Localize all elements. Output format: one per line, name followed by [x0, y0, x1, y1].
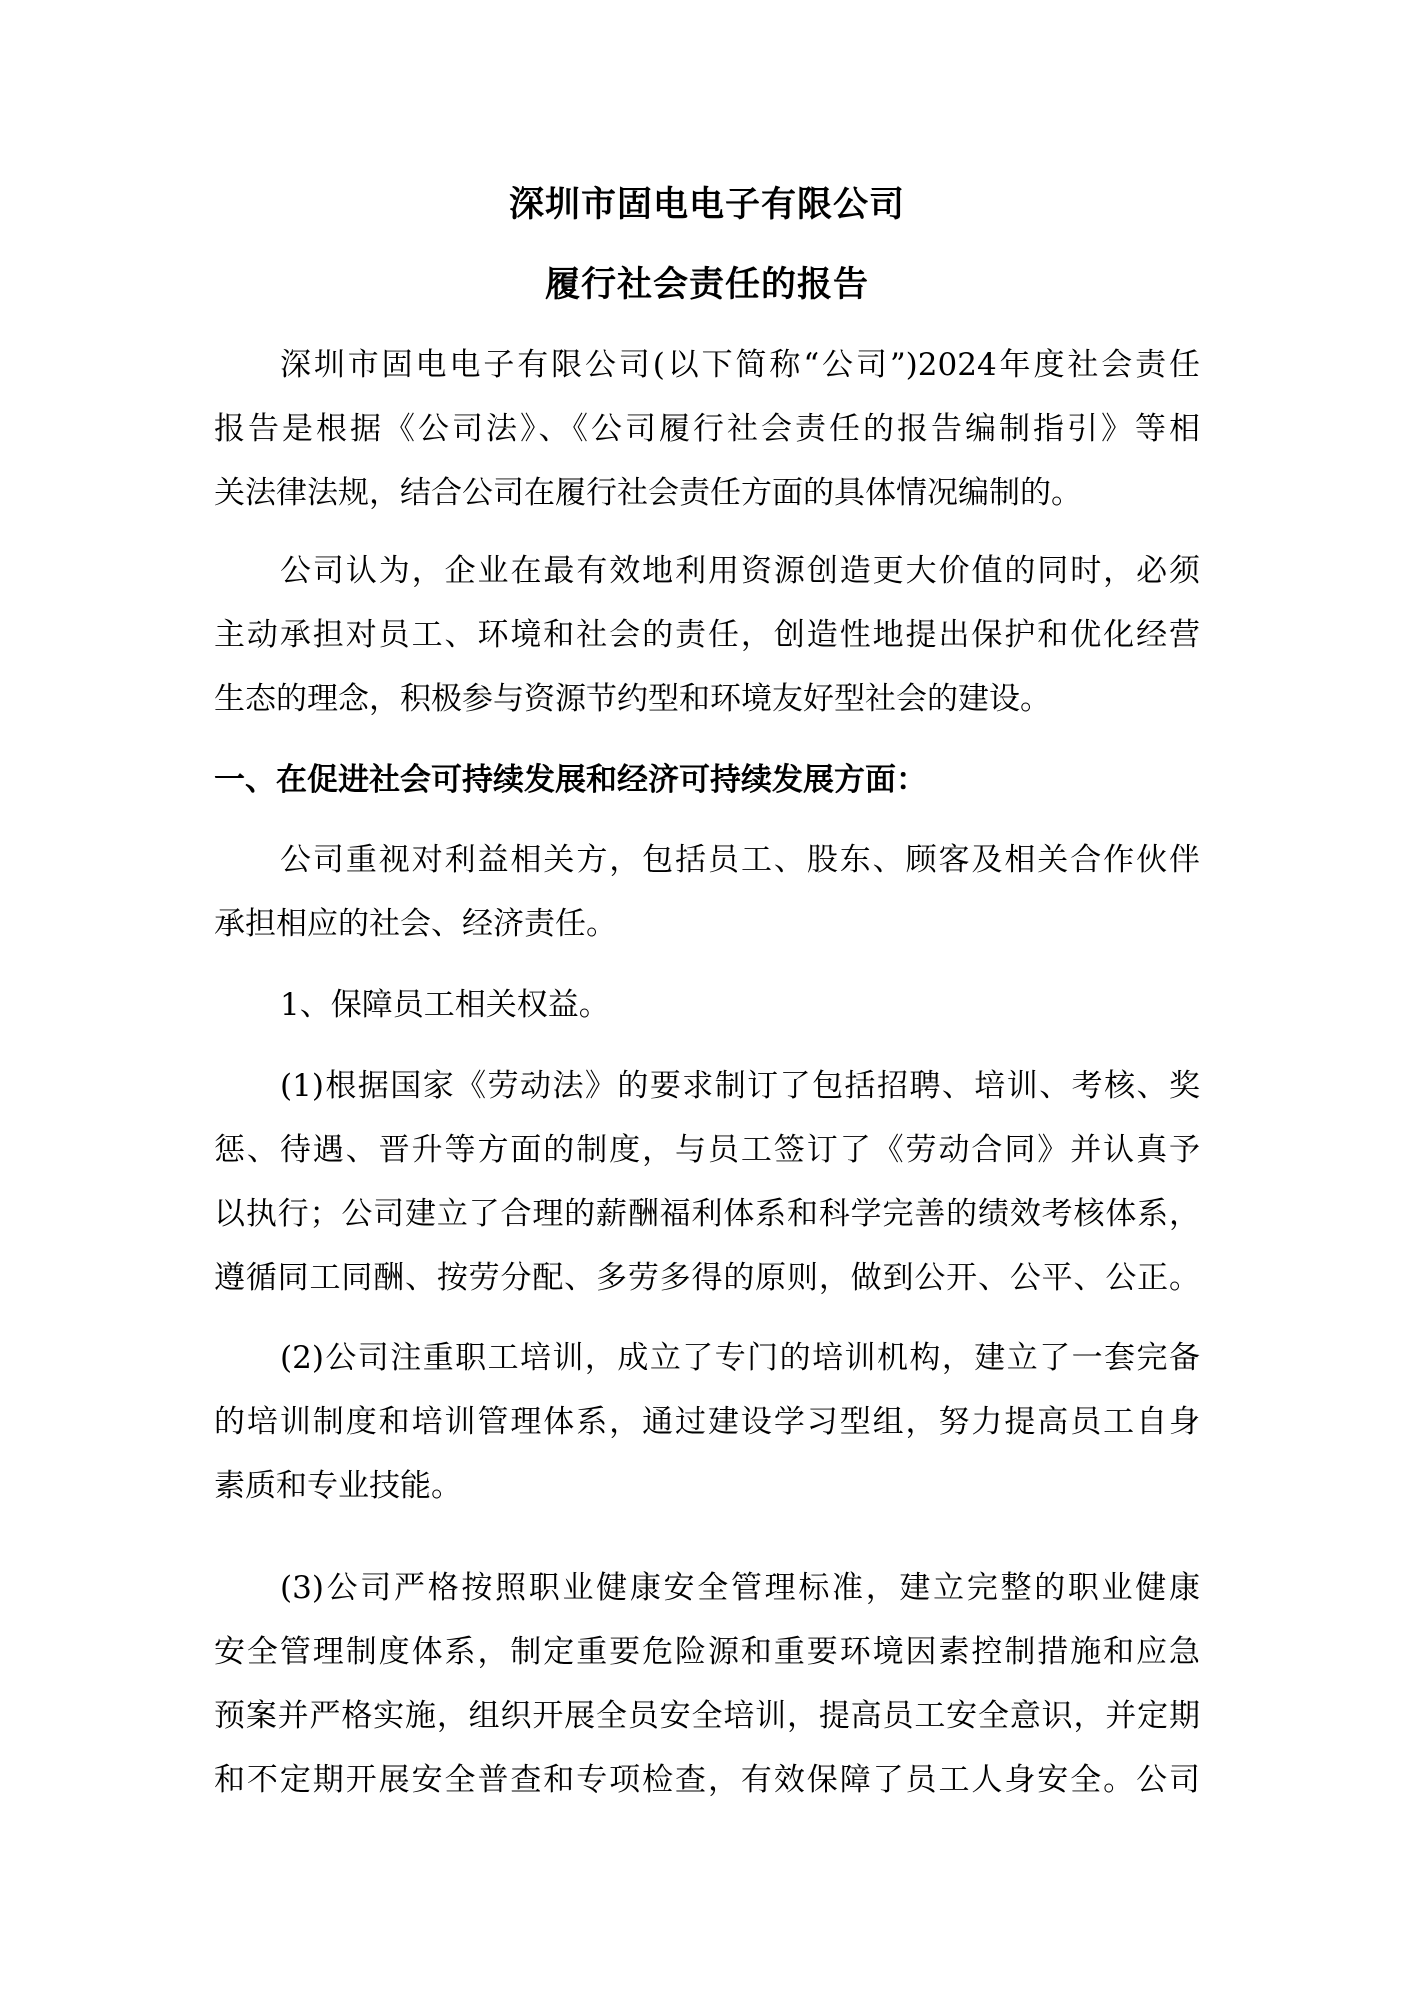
item-2-line-3: 素质和专业技能。 [214, 1466, 1200, 1506]
paragraph-2-line-1: 公司认为，企业在最有效地利用资源创造更大价值的同时，必须 [280, 551, 1200, 591]
item-1-line-3: 以执行；公司建立了合理的薪酬福利体系和科学完善的绩效考核体系， [214, 1194, 1200, 1234]
paragraph-2-line-2: 主动承担对员工、环境和社会的责任，创造性地提出保护和优化经营 [214, 615, 1200, 655]
paragraph-1-line-1: 深圳市固电电子有限公司(以下简称“公司”)2024年度社会责任 [280, 345, 1200, 385]
document-title-report: 履行社会责任的报告 [0, 257, 1414, 307]
subsection-1-heading: 1、保障员工相关权益。 [280, 985, 1200, 1025]
item-1-line-2: 惩、待遇、晋升等方面的制度，与员工签订了《劳动合同》并认真予 [214, 1130, 1200, 1170]
item-1-line-1: (1)根据国家《劳动法》的要求制订了包括招聘、培训、考核、奖 [280, 1066, 1200, 1106]
item-1-line-4: 遵循同工同酬、按劳分配、多劳多得的原则，做到公开、公平、公正。 [214, 1258, 1200, 1298]
item-3-line-2: 安全管理制度体系，制定重要危险源和重要环境因素控制措施和应急 [214, 1632, 1200, 1672]
paragraph-1-line-3: 关法律法规，结合公司在履行社会责任方面的具体情况编制的。 [214, 473, 1200, 513]
paragraph-2-line-3: 生态的理念，积极参与资源节约型和环境友好型社会的建设。 [214, 679, 1200, 719]
document-page: 深圳市固电电子有限公司 履行社会责任的报告 深圳市固电电子有限公司(以下简称“公… [0, 0, 1414, 2000]
item-3-line-1: (3)公司严格按照职业健康安全管理标准，建立完整的职业健康 [280, 1568, 1200, 1608]
section-1-intro-line-1: 公司重视对利益相关方，包括员工、股东、顾客及相关合作伙伴 [280, 840, 1200, 880]
item-3-line-4: 和不定期开展安全普查和专项检查，有效保障了员工人身安全。公司 [214, 1760, 1200, 1800]
document-title-company: 深圳市固电电子有限公司 [0, 177, 1414, 227]
section-1-intro-line-2: 承担相应的社会、经济责任。 [214, 904, 1200, 944]
paragraph-1-line-2: 报告是根据《公司法》、《公司履行社会责任的报告编制指引》等相 [214, 409, 1200, 449]
section-1-heading: 一、在促进社会可持续发展和经济可持续发展方面： [214, 760, 927, 800]
item-2-line-2: 的培训制度和培训管理体系，通过建设学习型组，努力提高员工自身 [214, 1402, 1200, 1442]
item-2-line-1: (2)公司注重职工培训，成立了专门的培训机构，建立了一套完备 [280, 1338, 1200, 1378]
item-3-line-3: 预案并严格实施，组织开展全员安全培训，提高员工安全意识，并定期 [214, 1696, 1200, 1736]
